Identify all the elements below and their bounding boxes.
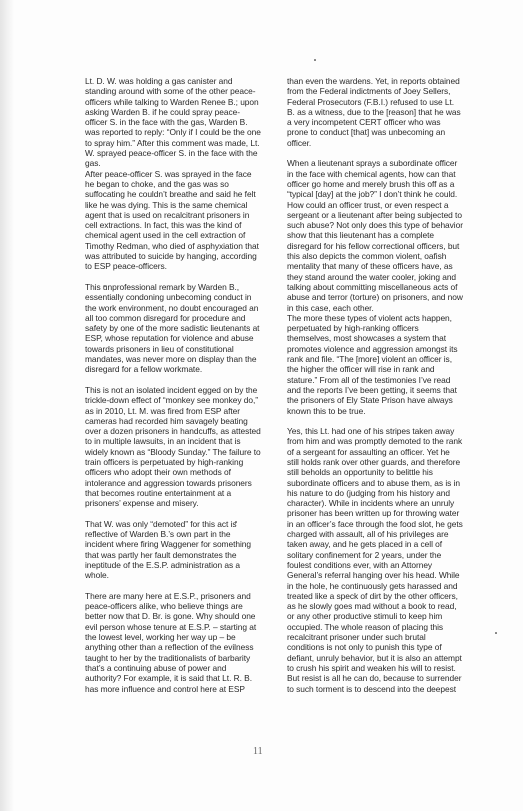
text-line: authority? For example, it is said that … <box>85 673 281 683</box>
text-line: stature.” From all of the testimonies I’… <box>287 375 487 385</box>
paragraph: After peace-officer S. was sprayed in th… <box>85 169 281 272</box>
text-line: his nature to do (judging from his histo… <box>287 488 487 498</box>
text-line: charged with assault, all of his privile… <box>287 529 487 539</box>
text-line: suffocating he couldn’t breathe and said… <box>85 189 281 199</box>
text-line: standing around with some of the other p… <box>85 86 281 96</box>
text-line: that becomes routine entertainment at a <box>85 488 281 498</box>
text-line: over a dozen prisoners in handcuffs, as … <box>85 426 281 436</box>
text-line: to in multiple lawsuits, in an incident … <box>85 436 281 446</box>
text-line: safety by one of the more sadistic lieut… <box>85 323 281 333</box>
text-line: subordinate officers and to abuse them, … <box>287 478 487 488</box>
scan-speck <box>314 59 316 61</box>
text-line: How could an officer trust, or even resp… <box>287 200 487 210</box>
text-line: towards prisoners in lieu of constitutio… <box>85 344 281 354</box>
text-line: intolerance and aggression towards priso… <box>85 478 281 488</box>
text-line: to ESP peace-officers. <box>85 261 281 271</box>
text-line: he began to choke, and the gas was so <box>85 179 281 189</box>
text-line: gas. <box>85 158 281 168</box>
paragraph: This is not an isolated incident egged o… <box>85 385 281 509</box>
scan-speck <box>495 632 497 634</box>
text-line: disregard for a fellow workmate. <box>85 364 281 374</box>
text-line: the higher the officer will rise in rank… <box>287 364 487 374</box>
text-line: than even the wardens. Yet, in reports o… <box>287 76 487 86</box>
text-line: a very incompetent CERT officer who was <box>287 117 487 127</box>
text-line: from him and was promptly demoted to the… <box>287 436 487 446</box>
right-column: than even the wardens. Yet, in reports o… <box>287 76 487 694</box>
text-line: defiant, unruly behavior, but it is also… <box>287 653 487 663</box>
page-number: 11 <box>253 746 263 757</box>
text-line: train officers is perpetuated by high-ra… <box>85 457 281 467</box>
text-line: like he was dying. This is the same chem… <box>85 200 281 210</box>
text-line: widely known as “Bloody Sunday.” The fai… <box>85 447 281 457</box>
text-line: B. as a witness, due to the [reason] tha… <box>287 107 487 117</box>
text-line: from the Federal indictments of Joey Sel… <box>287 86 487 96</box>
paragraph: The more these types of violent acts hap… <box>287 313 487 416</box>
text-line: officers who adopt their own methods of <box>85 467 281 477</box>
text-line: was reported to reply: “Only if I could … <box>85 127 281 137</box>
text-line: mentality that many of these officers ha… <box>287 261 487 271</box>
text-line: reflective of Warden B.’s own part in th… <box>85 529 281 539</box>
text-line: peace-officers alike, who believe things… <box>85 601 281 611</box>
text-line: After peace-officer S. was sprayed in th… <box>85 169 281 179</box>
text-line: in an officer’s face through the food sl… <box>287 519 487 529</box>
paragraph: There are many here at E.S.P., prisoners… <box>85 591 281 694</box>
text-line: sergeant or a lieutenant after being sub… <box>287 210 487 220</box>
text-line: show that this lieutenant has a complete <box>287 230 487 240</box>
text-line: asking Warden B. if he could spray peace… <box>85 107 281 117</box>
paragraph: This unprofessional remark by Warden B.,… <box>85 282 281 375</box>
text-line: solitary confinement for 2 years, under … <box>287 550 487 560</box>
text-line: in the face with chemical agents, how ca… <box>287 169 487 179</box>
text-line: to crush his spirit and weaken his will … <box>287 663 487 673</box>
text-line: essentially condoning unbecoming conduct… <box>85 292 281 302</box>
text-line: “typical [day] at the job?” I don’t thin… <box>287 189 487 199</box>
text-line: prone to conduct [that] was unbecoming a… <box>287 127 487 137</box>
paragraph: than even the wardens. Yet, in reports o… <box>287 76 487 148</box>
text-line: was attributed to suicide by hanging, ac… <box>85 251 281 261</box>
text-line: General’s referral hanging over his head… <box>287 570 487 580</box>
text-line: that was partly her fault demonstrates t… <box>85 550 281 560</box>
text-line: prisoners’ expense and misery. <box>85 498 281 508</box>
text-line: chemical agent used in the cell extracti… <box>85 230 281 240</box>
text-line: There are many here at E.S.P., prisoners… <box>85 591 281 601</box>
text-line: incident where firing Waggener for somet… <box>85 539 281 549</box>
text-line: trickle-down effect of “monkey see monke… <box>85 395 281 405</box>
text-line: anything other than a reflection of the … <box>85 642 281 652</box>
text-line: cell extractions. In fact, this was the … <box>85 220 281 230</box>
text-line: the lowest level, working her way up – b… <box>85 632 281 642</box>
text-line: promotes violence and aggression amongst… <box>287 344 487 354</box>
text-line: Yes, this Lt. had one of his stripes tak… <box>287 426 487 436</box>
text-line: the prisoners of Ely State Prison have a… <box>287 395 487 405</box>
text-line: still beholds an opportunity to belittle… <box>287 467 487 477</box>
text-line: as in 2010, Lt. M. was fired from ESP af… <box>85 406 281 416</box>
text-line: rank and file. “The [more] violent an of… <box>287 354 487 364</box>
text-line: in the hole, he continuously gets harass… <box>287 581 487 591</box>
text-line: That W. was only “demoted” for this act … <box>85 519 281 529</box>
text-line: prisoner has been written up for throwin… <box>287 508 487 518</box>
text-line: as he slowly goes mad without a book to … <box>287 601 487 611</box>
text-line: to such torment is to descend into the d… <box>287 684 487 694</box>
text-line: This unprofessional remark by Warden B., <box>85 282 281 292</box>
text-line: talking about committing miscellaneous a… <box>287 282 487 292</box>
text-line: Timothy Redman, who died of asphyxiation… <box>85 241 281 251</box>
text-line: Lt. D. W. was holding a gas canister and <box>85 76 281 86</box>
text-line: officer S. in the face with the gas, War… <box>85 117 281 127</box>
text-line: taught to her by the traditionalists of … <box>85 653 281 663</box>
text-line: this also depicts the common violent, oa… <box>287 251 487 261</box>
text-line: whole. <box>85 570 281 580</box>
text-line: still holds rank over other guards, and … <box>287 457 487 467</box>
text-line: to spray him.” After this comment was ma… <box>85 138 281 148</box>
text-line: treated like a speck of dirt by the othe… <box>287 591 487 601</box>
text-line: Federal Prosecutors (F.B.I.) refused to … <box>287 97 487 107</box>
text-line: character). While in incidents where an … <box>287 498 487 508</box>
paragraph: When a lieutenant sprays a subordinate o… <box>287 158 487 312</box>
text-line: occupied. The whole reason of placing th… <box>287 622 487 632</box>
text-line: in this case, each other. <box>287 303 487 313</box>
text-line: such abuse? Not only does this type of b… <box>287 220 487 230</box>
text-line: abuse and terror (torture) on prisoners,… <box>287 292 487 302</box>
left-column: Lt. D. W. was holding a gas canister and… <box>85 76 281 694</box>
text-line: evil person whose tenure at E.S.P. – sta… <box>85 622 281 632</box>
text-line: known this to be true. <box>287 406 487 416</box>
text-line: officer go home and merely brush this of… <box>287 179 487 189</box>
paragraph: Lt. D. W. was holding a gas canister and… <box>85 76 281 169</box>
text-line: cameras had recorded him savagely beatin… <box>85 416 281 426</box>
text-line: officers while talking to Warden Renee B… <box>85 97 281 107</box>
text-line: has more influence and control here at E… <box>85 684 281 694</box>
text-line: mandates, was never more on display than… <box>85 354 281 364</box>
scan-edge-shadow <box>0 0 14 811</box>
text-line: disregard for his fellow correctional of… <box>287 241 487 251</box>
text-line: When a lieutenant sprays a subordinate o… <box>287 158 487 168</box>
text-line: and the reports I’ve been getting, it se… <box>287 385 487 395</box>
text-line: of a sergeant for assaulting an officer.… <box>287 447 487 457</box>
text-line: recalcitrant prisoner under such brutal <box>287 632 487 642</box>
text-line: better now that D. Br. is gone. Why shou… <box>85 611 281 621</box>
text-line: conditions is not only to punish this ty… <box>287 642 487 652</box>
text-line: perpetuated by high-ranking officers <box>287 323 487 333</box>
paragraph: That W. was only “demoted” for this act … <box>85 519 281 581</box>
text-line: The more these types of violent acts hap… <box>287 313 487 323</box>
text-line: foulest conditions ever, with an Attorne… <box>287 560 487 570</box>
text-line: or any other productive stimuli to keep … <box>287 611 487 621</box>
text-line: taken away, and he gets placed in a cell… <box>287 539 487 549</box>
text-line: ESP, whose reputation for violence and a… <box>85 333 281 343</box>
text-line: officer. <box>287 138 487 148</box>
text-line: W. sprayed peace-officer S. in the face … <box>85 148 281 158</box>
text-line: agent that is used on recalcitrant priso… <box>85 210 281 220</box>
text-line: But resist is all he can do, because to … <box>287 673 487 683</box>
text-line: all too common disregard for procedure a… <box>85 313 281 323</box>
text-line: the work environment, no doubt encourage… <box>85 303 281 313</box>
text-line: they stand around the water cooler, joki… <box>287 272 487 282</box>
text-line: that’s a continuing abuse of power and <box>85 663 281 673</box>
text-line: This is not an isolated incident egged o… <box>85 385 281 395</box>
text-line: ineptitude of the E.S.P. administration … <box>85 560 281 570</box>
text-line: themselves, most showcases a system that <box>287 333 487 343</box>
paragraph: Yes, this Lt. had one of his stripes tak… <box>287 426 487 694</box>
